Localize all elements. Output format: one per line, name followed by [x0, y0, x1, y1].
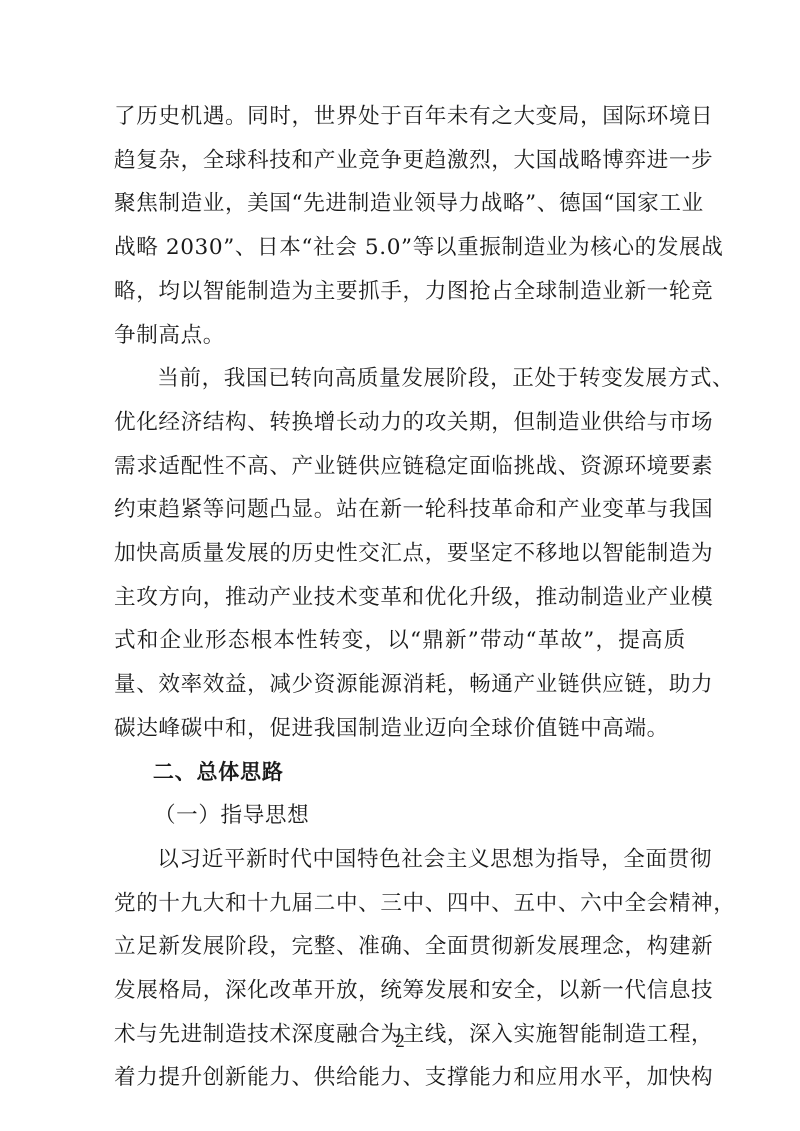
subsection-heading: （一）指导思想 [114, 794, 686, 838]
text-line: 立足新发展阶段，完整、准确、全面贯彻新发展理念，构建新 [114, 925, 686, 969]
text-line: 当前，我国已转向高质量发展阶段，正处于转变发展方式、 [114, 357, 686, 401]
text-line: 了历史机遇。同时，世界处于百年未有之大变局，国际环境日 [114, 95, 686, 139]
text-line: 量、效率效益，减少资源能源消耗，畅通产业链供应链，助力 [114, 663, 686, 707]
text-line: 聚焦制造业，美国“先进制造业领导力战略”、德国“国家工业 [114, 182, 686, 226]
text-line: 加快高质量发展的历史性交汇点，要坚定不移地以智能制造为 [114, 532, 686, 576]
text-line: 优化经济结构、转换增长动力的攻关期，但制造业供给与市场 [114, 401, 686, 445]
text-line: 着力提升创新能力、供给能力、支撑能力和应用水平，加快构 [114, 1056, 686, 1100]
paragraph-context: 了历史机遇。同时，世界处于百年未有之大变局，国际环境日 趋复杂，全球科技和产业竞… [114, 95, 686, 357]
section-heading: 二、总体思路 [114, 751, 686, 795]
text-line: 式和企业形态根本性转变，以“鼎新”带动“革故”，提高质 [114, 619, 686, 663]
text-line: 主攻方向，推动产业技术变革和优化升级，推动制造业产业模 [114, 576, 686, 620]
text-line: 趋复杂，全球科技和产业竞争更趋激烈，大国战略博弈进一步 [114, 139, 686, 183]
text-line: 战略 2030”、日本“社会 5.0”等以重振制造业为核心的发展战 [114, 226, 686, 270]
text-line: 需求适配性不高、产业链供应链稳定面临挑战、资源环境要素 [114, 445, 686, 489]
text-line: 略，均以智能制造为主要抓手，力图抢占全球制造业新一轮竞 [114, 270, 686, 314]
text-line: 发展格局，深化改革开放，统筹发展和安全，以新一代信息技 [114, 969, 686, 1013]
text-line: 党的十九大和十九届二中、三中、四中、五中、六中全会精神， [114, 882, 686, 926]
text-line: 碳达峰碳中和，促进我国制造业迈向全球价值链中高端。 [114, 707, 686, 751]
text-line: 约束趋紧等问题凸显。站在新一轮科技革命和产业变革与我国 [114, 488, 686, 532]
text-line: 争制高点。 [114, 314, 686, 358]
page-body: 了历史机遇。同时，世界处于百年未有之大变局，国际环境日 趋复杂，全球科技和产业竞… [114, 95, 686, 1100]
text-line: 以习近平新时代中国特色社会主义思想为指导，全面贯彻 [114, 838, 686, 882]
document-page: 了历史机遇。同时，世界处于百年未有之大变局，国际环境日 趋复杂，全球科技和产业竞… [0, 0, 800, 1131]
page-number: 2 [0, 1031, 800, 1053]
paragraph-current-situation: 当前，我国已转向高质量发展阶段，正处于转变发展方式、 优化经济结构、转换增长动力… [114, 357, 686, 750]
paragraph-guiding-ideology: 以习近平新时代中国特色社会主义思想为指导，全面贯彻 党的十九大和十九届二中、三中… [114, 838, 686, 1100]
